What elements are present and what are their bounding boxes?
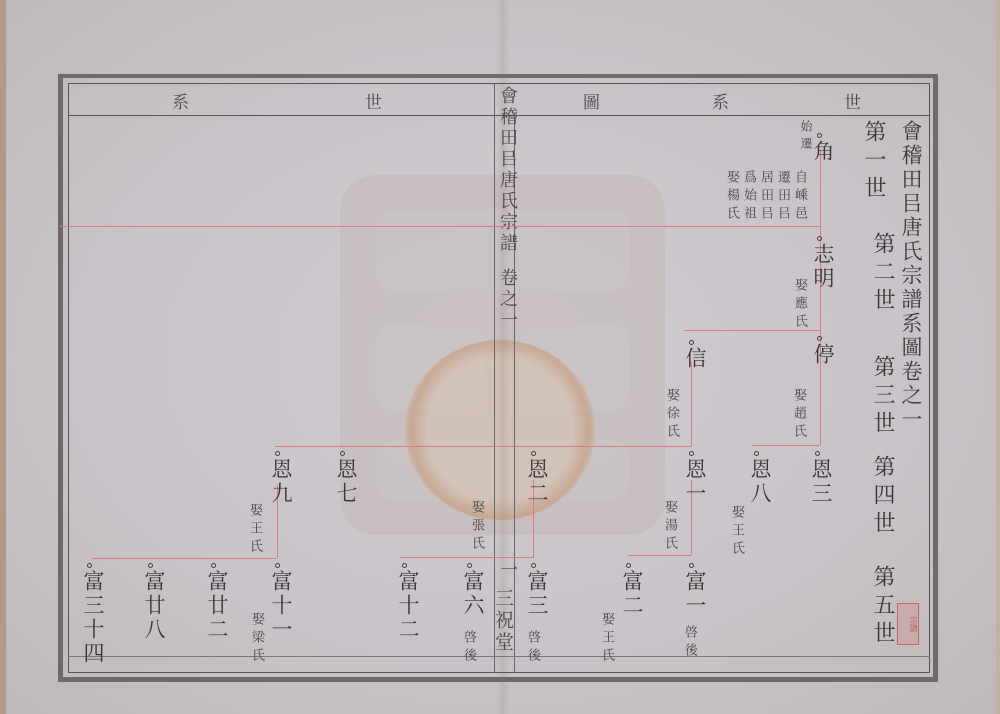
person-marker-icon <box>689 563 694 568</box>
person-en7: 恩七 <box>331 458 361 506</box>
person-note: 娶王氏 <box>597 612 616 666</box>
paper-edge-right <box>996 0 1000 714</box>
line-xin-children <box>275 446 691 447</box>
person-marker-icon <box>689 340 694 345</box>
person-fu12: 富十二 <box>393 570 423 642</box>
person-zhiming: 志明 <box>808 243 838 291</box>
person-fu2: 富二 <box>617 570 647 618</box>
paper-edge-left <box>0 0 6 714</box>
person-fu6: 富六 <box>458 570 488 618</box>
center-page-number: 一 <box>494 560 520 581</box>
person-ting: 停 <box>808 343 838 367</box>
person-note: 娶應氏 <box>790 278 809 332</box>
header-char: 圖 <box>583 88 600 113</box>
person-marker-icon <box>275 451 280 456</box>
person-en2: 恩二 <box>522 458 552 506</box>
person-note: 啓後 <box>523 630 542 666</box>
person-note: 娶徐氏 <box>662 388 681 442</box>
person-fu11: 富十一 <box>266 570 296 642</box>
header-char: 系 <box>172 88 189 113</box>
person-en3: 恩三 <box>806 458 836 506</box>
person-marker-icon <box>817 336 822 341</box>
person-marker-icon <box>340 451 345 456</box>
line-ting-children <box>752 445 820 446</box>
person-marker-icon <box>275 563 280 568</box>
generation-label-3: 第三世 <box>867 355 898 439</box>
generation-label-1: 第一世 <box>858 120 889 204</box>
person-marker-icon <box>754 451 759 456</box>
person-fu1: 富一 <box>680 570 710 618</box>
header-char: 世 <box>365 88 382 113</box>
person-note: 遷田㠯 <box>773 170 792 224</box>
person-note: 自嵊邑 <box>790 170 809 224</box>
person-note: 娶張氏 <box>467 500 486 554</box>
person-note: 娶趙氏 <box>789 388 808 442</box>
person-marker-icon <box>148 563 153 568</box>
person-en1: 恩一 <box>680 458 710 506</box>
generation-label-4: 第四世 <box>867 455 898 539</box>
person-fu34: 富三十四 <box>78 570 108 666</box>
person-note: 娶楊氏 <box>722 170 741 224</box>
bottom-rule <box>68 656 930 657</box>
person-marker-icon <box>87 563 92 568</box>
person-en8: 恩八 <box>745 458 775 506</box>
person-note: 啓後 <box>459 630 478 666</box>
center-hall-name: 三祝堂 <box>490 588 517 654</box>
person-en9: 恩九 <box>266 458 296 506</box>
person-marker-icon <box>817 236 822 241</box>
person-marker-icon <box>626 563 631 568</box>
person-marker-icon <box>211 563 216 568</box>
person-marker-icon <box>817 133 822 138</box>
person-note: 娶梁氏 <box>247 612 266 666</box>
center-volume: 卷之一 <box>494 268 520 331</box>
person-note: 爲始祖 <box>739 170 758 224</box>
line-en9-children <box>92 558 277 559</box>
person-marker-icon <box>467 563 472 568</box>
person-note: 娶湯氏 <box>660 500 679 554</box>
red-seal-stamp: 宗譜 <box>897 603 919 645</box>
generation-label-5: 第五世 <box>867 565 898 649</box>
person-marker-icon <box>815 451 820 456</box>
center-book-title: 會稽田㠯唐氏宗譜 <box>494 86 520 254</box>
header-char: 世 <box>844 88 861 113</box>
person-fu3: 富三 <box>522 570 552 618</box>
person-note: 娶王氏 <box>245 503 264 557</box>
person-marker-icon <box>531 563 536 568</box>
person-marker-icon <box>531 451 536 456</box>
person-note: 啓後 <box>680 625 699 661</box>
line-en2-children <box>400 557 533 558</box>
line-en1-children <box>628 555 691 556</box>
person-xin: 信 <box>680 347 710 371</box>
person-marker-icon <box>689 451 694 456</box>
person-fu22: 富廿二 <box>202 570 232 642</box>
person-fu28: 富廿八 <box>139 570 169 642</box>
person-marker-icon <box>402 563 407 568</box>
chart-title: 會稽田㠯唐氏宗譜系圖卷之一 <box>900 120 922 432</box>
header-char: 系 <box>712 88 729 113</box>
line-xin-down <box>691 362 692 447</box>
line-gen1-to-gen2 <box>60 226 820 227</box>
person-note: 娶王氏 <box>727 505 746 559</box>
person-note: 居田㠯 <box>756 170 775 224</box>
person-jiao: 角 <box>808 140 838 164</box>
generation-label-2: 第二世 <box>867 232 898 316</box>
